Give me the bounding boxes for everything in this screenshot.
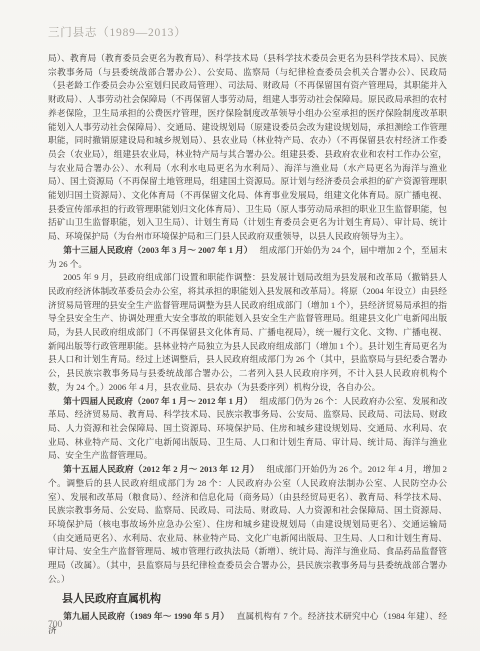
- paragraph-text: 组成部门开始仍为 26 个。2012 年 4 月，增加 2 个。调整后的县人民政…: [48, 464, 447, 584]
- paragraph-lead: 第十三届人民政府（2003 年 3 月～ 2007 年 1 月）: [63, 245, 252, 255]
- paragraph-gov-13th: 第十三届人民政府（2003 年 3 月～ 2007 年 1 月）组成部门开始仍为…: [48, 244, 447, 271]
- paragraph-text: 局）、教育局（教育委员会更名为教育局）、科学技术局（县科学技术委员会更名为县科学…: [48, 53, 447, 241]
- page-number: 700: [48, 620, 62, 630]
- paragraph-2005-adjustment: 2005 年 9 月，县政府组成部门设置和职能作调整：县发展计划局改组为县发展和…: [48, 271, 447, 394]
- paragraph-gov-14th: 第十四届人民政府（2007 年 1 月～ 2012 年 1 月）组成部门仍为 2…: [48, 395, 447, 464]
- paragraph-text: 2005 年 9 月，县政府组成部门设置和职能作调整：县发展计划局改组为县发展和…: [48, 272, 447, 392]
- paragraph-lead: 第十四届人民政府（2007 年 1 月～ 2012 年 1 月）: [63, 396, 252, 406]
- running-header: 三门县志（1989—2013）: [48, 24, 187, 40]
- section-heading: 县人民政府直属机构: [62, 592, 447, 607]
- paragraph-continuation: 局）、教育局（教育委员会更名为教育局）、科学技术局（县科学技术委员会更名为县科学…: [48, 52, 447, 244]
- paragraph-gov-15th: 第十五届人民政府（2012 年 2 月～ 2013 年 12 月）组成部门开始仍…: [48, 463, 447, 586]
- text-column: 局）、教育局（教育委员会更名为教育局）、科学技术局（县科学技术委员会更名为县科学…: [48, 52, 447, 638]
- paragraph-lead: 第九届人民政府（1989 年～ 1990 年 5 月）: [63, 611, 229, 621]
- paragraph-gov-9th: 第九届人民政府（1989 年～ 1990 年 5 月）直属机构有 7 个。经济技…: [48, 610, 447, 637]
- paragraph-lead: 第十五届人民政府（2012 年 2 月～ 2013 年 12 月）: [63, 464, 259, 474]
- book-page: 三门县志（1989—2013） 局）、教育局（教育委员会更名为教育局）、科学技术…: [0, 0, 480, 651]
